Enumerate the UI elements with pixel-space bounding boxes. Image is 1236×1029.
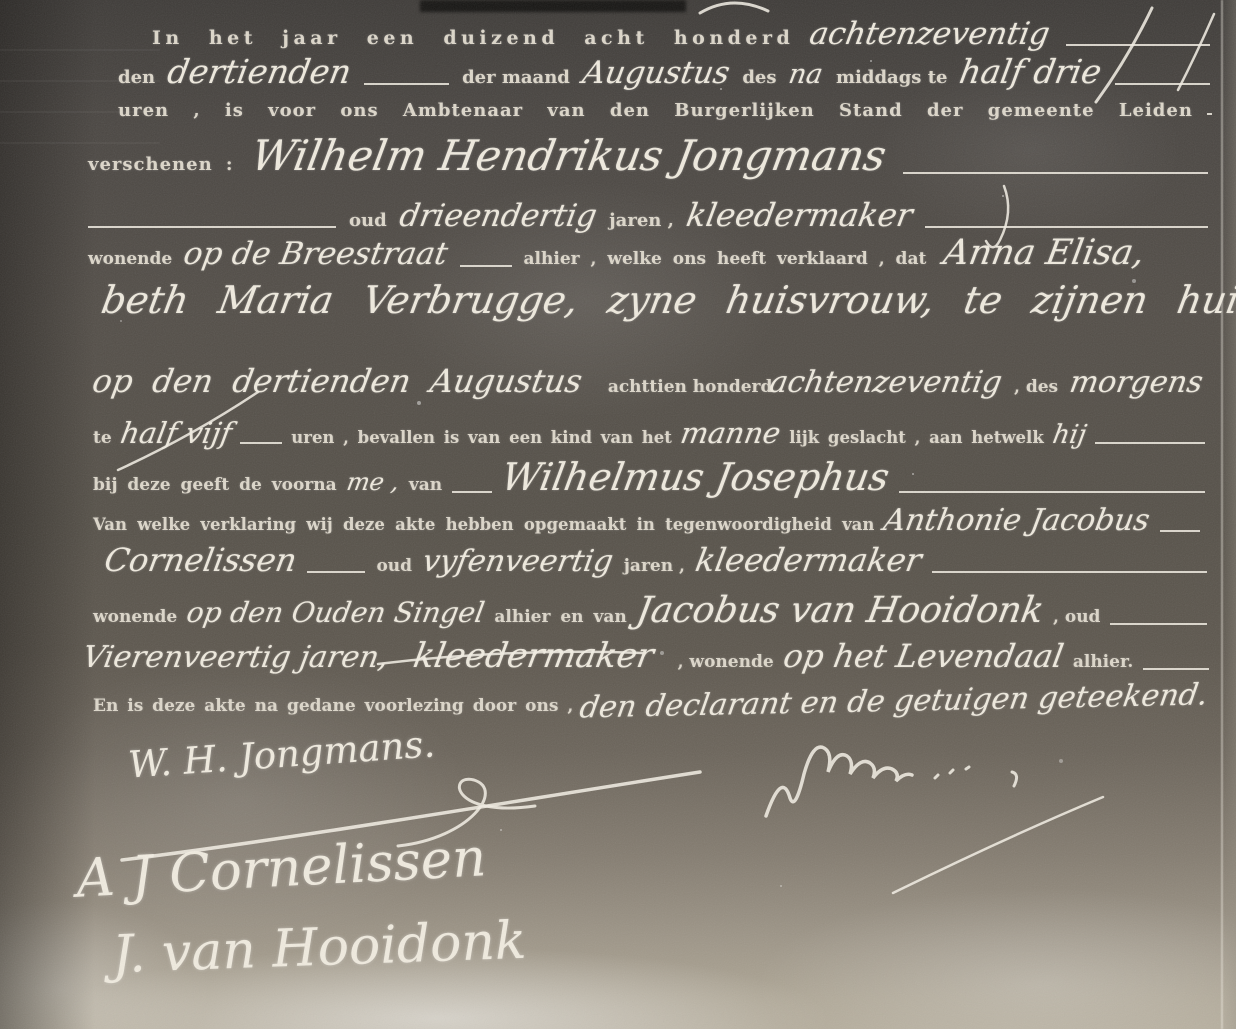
handwritten-text-segment: kleedermaker: [411, 636, 657, 676]
handwritten-text-segment: Vierenveertig jaren,: [80, 640, 391, 675]
ruled-fill-line: [932, 571, 1207, 573]
document-line: dendertiendender maandAugustusdesnamidda…: [118, 52, 1210, 91]
ruled-fill-line: [1207, 113, 1212, 115]
ruled-fill-line: [1143, 668, 1209, 670]
document-line: wonendeop de Breestraatalhier , welke on…: [88, 233, 1236, 273]
ruled-fill-line: [899, 491, 1205, 493]
printed-text-segment: des: [742, 67, 776, 88]
printed-text-segment: uren , is voor ons Ambtenaar van den Bur…: [118, 100, 1193, 121]
ruled-fill-line: [1115, 83, 1210, 85]
handwritten-text-segment: hij: [1050, 420, 1088, 450]
ruled-fill-line: [1160, 530, 1200, 532]
handwritten-text-segment: Wilhelmus Josephus: [498, 455, 893, 499]
handwritten-text-segment: kleedermaker: [684, 196, 916, 234]
printed-text-segment: verschenen :: [88, 154, 234, 175]
document-line: wonendeop den Ouden Singelalhier en vanJ…: [93, 590, 1207, 631]
document-line: ouddrieendertigjaren ,kleedermaker: [88, 196, 1208, 234]
handwritten-text-segment: Augustus: [580, 55, 733, 91]
document-photo: In het jaar een duizend acht honderdacht…: [0, 0, 1236, 1029]
printed-text-segment: In het jaar een duizend acht honderd: [152, 27, 794, 49]
handwritten-text-segment: morgens: [1067, 365, 1206, 400]
printed-text-segment: alhier , welke ons heeft verklaard , dat: [524, 249, 927, 269]
printed-text-segment: , oud: [1053, 607, 1100, 627]
printed-text-segment: , des: [1014, 377, 1058, 397]
handwritten-text-segment: dertienden: [165, 52, 355, 91]
document-line: Cornelissenoudvyfenveertigjaren ,kleeder…: [105, 541, 1207, 579]
handwritten-text-segment: Jacobus van Hooidonk: [633, 590, 1047, 631]
handwritten-text-segment: vyfenveertig: [420, 544, 616, 579]
signature-declarant: W. H. Jongmans.: [127, 722, 436, 786]
printed-text-segment: jaren ,: [624, 556, 685, 576]
signature-witness-cornelissen: A J Cornelissen: [75, 827, 488, 909]
signature-registrar-scribble: [766, 747, 1103, 893]
ruled-fill-line: [1066, 44, 1210, 46]
printed-text-segment: der maand: [462, 67, 570, 88]
handwritten-text-segment: Anthonie Jacobus: [881, 503, 1152, 538]
printed-text-segment: , wonende: [678, 652, 774, 672]
document-line: In het jaar een duizend acht honderdacht…: [152, 16, 1210, 52]
signature-witness-hooidonk: J. van Hooidonk: [111, 911, 527, 985]
handwritten-text-segment: beth Maria Verbrugge, zyne huisvrouw, te…: [98, 278, 1236, 322]
document-line: uren , is voor ons Ambtenaar van den Bur…: [118, 100, 1212, 121]
printed-text-segment: achttien honderd: [608, 377, 773, 397]
handwritten-text-segment: Cornelissen: [102, 541, 300, 579]
page-edge-line: [1221, 0, 1223, 1029]
handwritten-text-segment: op den dertienden Augustus: [90, 362, 586, 400]
document-line: En is deze akte na gedane voorlezing doo…: [93, 684, 1233, 719]
printed-text-segment: Van welke verklaring wij deze akte hebbe…: [93, 515, 874, 534]
printed-text-segment: alhier.: [1073, 652, 1133, 672]
document-line: Van welke verklaring wij deze akte hebbe…: [93, 503, 1209, 538]
ruled-fill-line: [925, 226, 1208, 228]
document-line: tehalf vijfuren , bevallen is van een ki…: [93, 416, 1205, 450]
printed-text-segment: van: [409, 475, 442, 495]
ruled-fill-line: [364, 83, 449, 85]
printed-text-segment: bij deze geeft de voorna: [93, 475, 337, 495]
printed-text-segment: te: [93, 428, 112, 448]
handwritten-text-segment: manne: [678, 416, 783, 450]
document-line: bij deze geeft de voorname ,vanWilhelmus…: [93, 455, 1205, 499]
handwritten-text-segment: me ,: [344, 468, 401, 496]
printed-text-segment: oud: [376, 556, 412, 576]
handwritten-text-segment: half drie: [957, 52, 1105, 91]
printed-text-segment: wonende: [93, 607, 177, 627]
ruled-fill-line: [1110, 623, 1207, 625]
ruled-fill-line: [307, 571, 365, 573]
document-line: beth Maria Verbrugge, zyne huisvrouw, te…: [102, 278, 1202, 322]
printed-text-segment: middags te: [836, 67, 947, 88]
handwritten-text-segment: op de Breestraat: [181, 236, 451, 272]
printed-text-segment: En is deze akte na gedane voorlezing doo…: [93, 696, 573, 716]
document-line: op den dertienden Augustusachttien honde…: [93, 362, 1205, 400]
handwritten-text-segment: op den Ouden Singel: [184, 596, 487, 629]
printed-text-segment: den: [118, 67, 155, 88]
handwritten-text-segment: Wilhelm Hendrikus Jongmans: [247, 131, 889, 180]
handwritten-text-segment: drieendertig: [397, 198, 600, 234]
handwritten-text-segment: op het Levendaal: [780, 637, 1066, 675]
signature-witness-cornelissen-text: A J Cornelissen: [75, 827, 488, 909]
printed-text-segment: lijk geslacht , aan hetwelk: [789, 428, 1044, 447]
document-line: verschenen :Wilhelm Hendrikus Jongmans: [88, 131, 1208, 180]
printed-text-segment: uren , bevallen is van een kind van het: [291, 428, 672, 447]
printed-text-segment: wonende: [88, 249, 172, 269]
document-line: Vierenveertig jaren,kleedermaker, wonend…: [83, 636, 1209, 676]
ruled-fill-line: [88, 226, 336, 228]
printed-text-segment: oud: [349, 210, 387, 231]
top-cutoff-stroke: [700, 3, 768, 13]
handwritten-text-segment: na: [787, 59, 826, 90]
handwritten-text-segment: half vijf: [118, 416, 235, 450]
ruled-fill-line: [903, 172, 1208, 174]
handwritten-text-segment: achtenzeventig: [767, 365, 1005, 400]
handwritten-text-segment: Anna Elisa,: [941, 233, 1148, 273]
handwritten-text-segment: den declarant en de getuigen geteekend.: [577, 677, 1210, 725]
ruled-fill-line: [452, 491, 492, 493]
ruled-fill-line: [460, 265, 512, 267]
top-exposure-bar: [420, 0, 686, 12]
ruled-fill-line: [240, 442, 282, 444]
ruled-fill-line: [1095, 442, 1205, 444]
printed-text-segment: alhier en van: [494, 607, 626, 627]
signature-declarant-text: W. H. Jongmans.: [127, 722, 436, 786]
printed-text-segment: jaren ,: [609, 210, 674, 231]
handwritten-text-segment: kleedermaker: [693, 541, 925, 579]
signature-witness-hooidonk-text: J. van Hooidonk: [111, 911, 527, 985]
handwritten-text-segment: achtenzeventig: [807, 16, 1053, 52]
